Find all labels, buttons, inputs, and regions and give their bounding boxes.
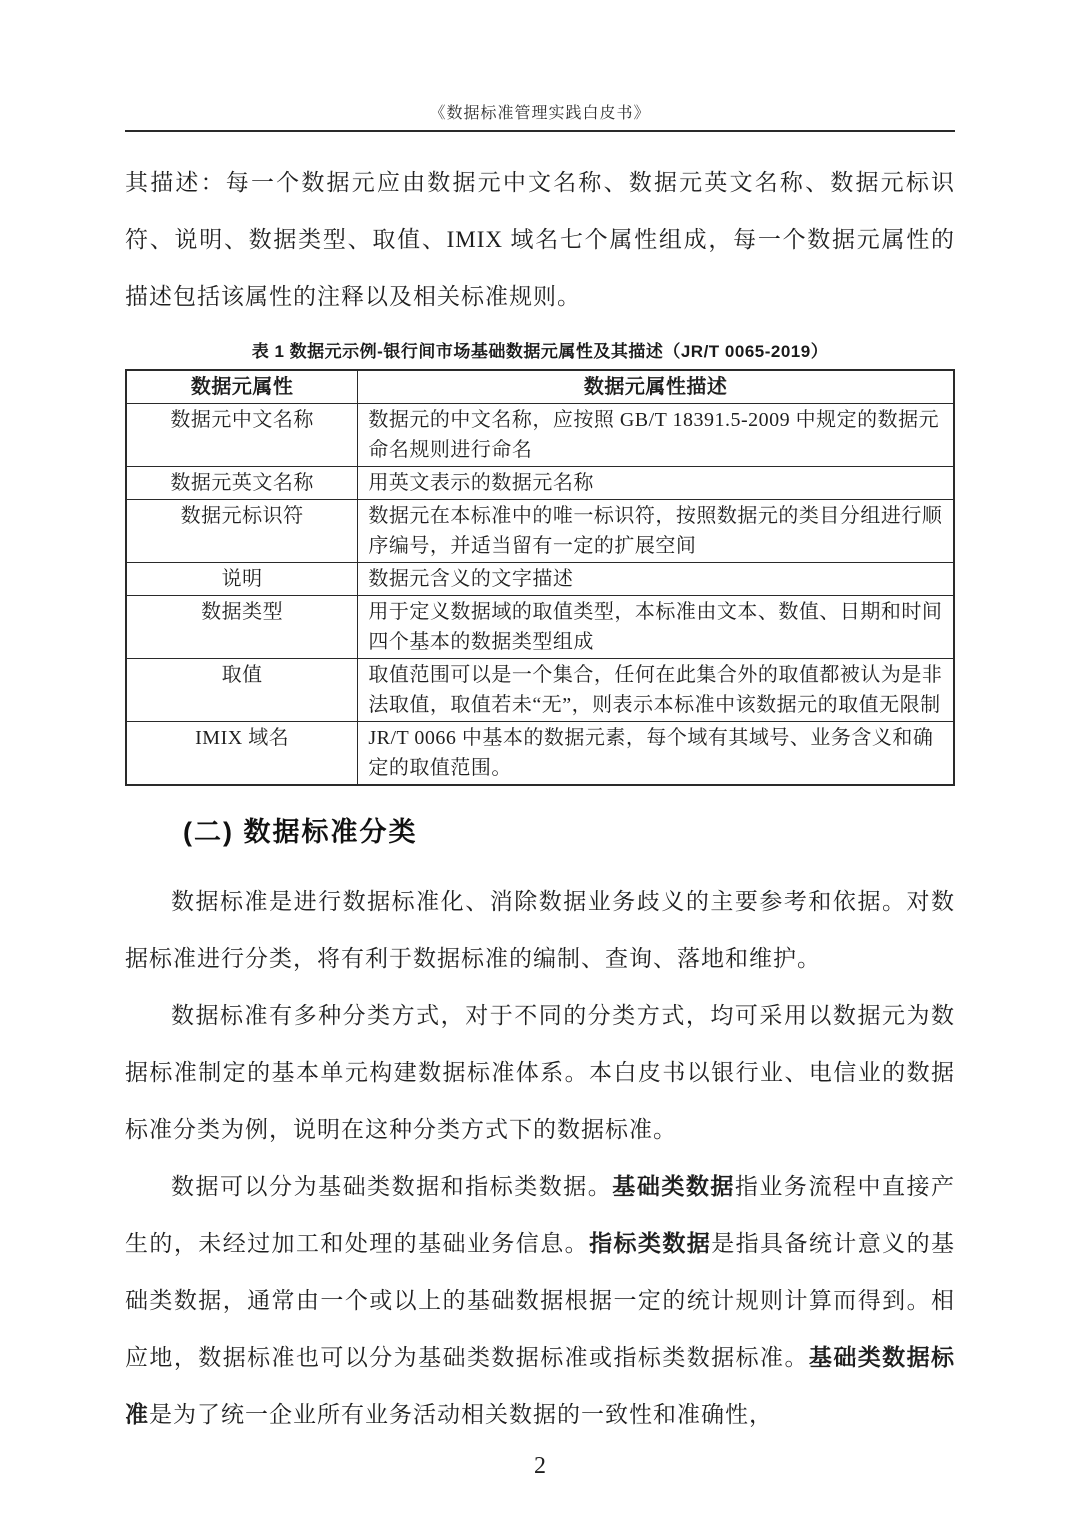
table-row: 说明 数据元含义的文字描述 <box>126 563 954 596</box>
table-header-row: 数据元属性 数据元属性描述 <box>126 370 954 404</box>
data-element-table: 数据元属性 数据元属性描述 数据元中文名称 数据元的中文名称，应按照 GB/T … <box>125 369 955 786</box>
paragraph-intro: 其描述：每一个数据元应由数据元中文名称、数据元英文名称、数据元标识符、说明、数据… <box>125 154 955 325</box>
table-row: 数据元标识符 数据元在本标准中的唯一标识符，按照数据元的类目分组进行顺序编号，并… <box>126 500 954 563</box>
paragraph-segment: 数据可以分为基础类数据和指标类数据。 <box>171 1174 612 1199</box>
bold-term-indicator-data: 指标类数据 <box>589 1230 711 1256</box>
table-row: 取值 取值范围可以是一个集合，任何在此集合外的取值都被认为是非法取值，取值若未“… <box>126 659 954 722</box>
table-row: 数据类型 用于定义数据域的取值类型，本标准由文本、数值、日期和时间四个基本的数据… <box>126 596 954 659</box>
attr-cell: 数据元英文名称 <box>126 467 358 500</box>
attr-cell: IMIX 域名 <box>126 722 358 786</box>
table-caption: 表 1 数据元示例-银行间市场基础数据元属性及其描述（JR/T 0065-201… <box>125 337 955 362</box>
bold-term-basic-data: 基础类数据 <box>612 1173 735 1199</box>
column-header-description: 数据元属性描述 <box>358 370 954 404</box>
attr-cell: 数据元标识符 <box>126 500 358 563</box>
table-row: IMIX 域名 JR/T 0066 中基本的数据元素，每个域有其域号、业务含义和… <box>126 722 954 786</box>
column-header-attribute: 数据元属性 <box>126 370 358 404</box>
running-header: 《数据标准管理实践白皮书》 <box>125 0 955 132</box>
desc-cell: 数据元在本标准中的唯一标识符，按照数据元的类目分组进行顺序编号，并适当留有一定的… <box>358 500 954 563</box>
page-number: 2 <box>125 1453 955 1480</box>
desc-cell: 数据元的中文名称，应按照 GB/T 18391.5-2009 中规定的数据元命名… <box>358 404 954 467</box>
attr-cell: 取值 <box>126 659 358 722</box>
paragraph-segment: 是为了统一企业所有业务活动相关数据的一致性和准确性， <box>149 1402 773 1427</box>
paragraph-classification-3: 数据可以分为基础类数据和指标类数据。基础类数据指业务流程中直接产生的，未经过加工… <box>125 1158 955 1443</box>
desc-cell: 用英文表示的数据元名称 <box>358 467 954 500</box>
table-row: 数据元中文名称 数据元的中文名称，应按照 GB/T 18391.5-2009 中… <box>126 404 954 467</box>
attr-cell: 说明 <box>126 563 358 596</box>
desc-cell: 用于定义数据域的取值类型，本标准由文本、数值、日期和时间四个基本的数据类型组成 <box>358 596 954 659</box>
paragraph-classification-2: 数据标准有多种分类方式，对于不同的分类方式，均可采用以数据元为数据标准制定的基本… <box>125 987 955 1158</box>
document-title: 《数据标准管理实践白皮书》 <box>125 100 955 132</box>
attr-cell: 数据类型 <box>126 596 358 659</box>
attr-cell: 数据元中文名称 <box>126 404 358 467</box>
paragraph-classification-1: 数据标准是进行数据标准化、消除数据业务歧义的主要参考和依据。对数据标准进行分类，… <box>125 873 955 987</box>
document-page: 《数据标准管理实践白皮书》 其描述：每一个数据元应由数据元中文名称、数据元英文名… <box>0 0 1080 1526</box>
desc-cell: JR/T 0066 中基本的数据元素，每个域有其域号、业务含义和确定的取值范围。 <box>358 722 954 786</box>
desc-cell: 取值范围可以是一个集合，任何在此集合外的取值都被认为是非法取值，取值若未“无”，… <box>358 659 954 722</box>
desc-cell: 数据元含义的文字描述 <box>358 563 954 596</box>
section-heading-data-standard-classification: (二) 数据标准分类 <box>183 810 955 849</box>
table-row: 数据元英文名称 用英文表示的数据元名称 <box>126 467 954 500</box>
